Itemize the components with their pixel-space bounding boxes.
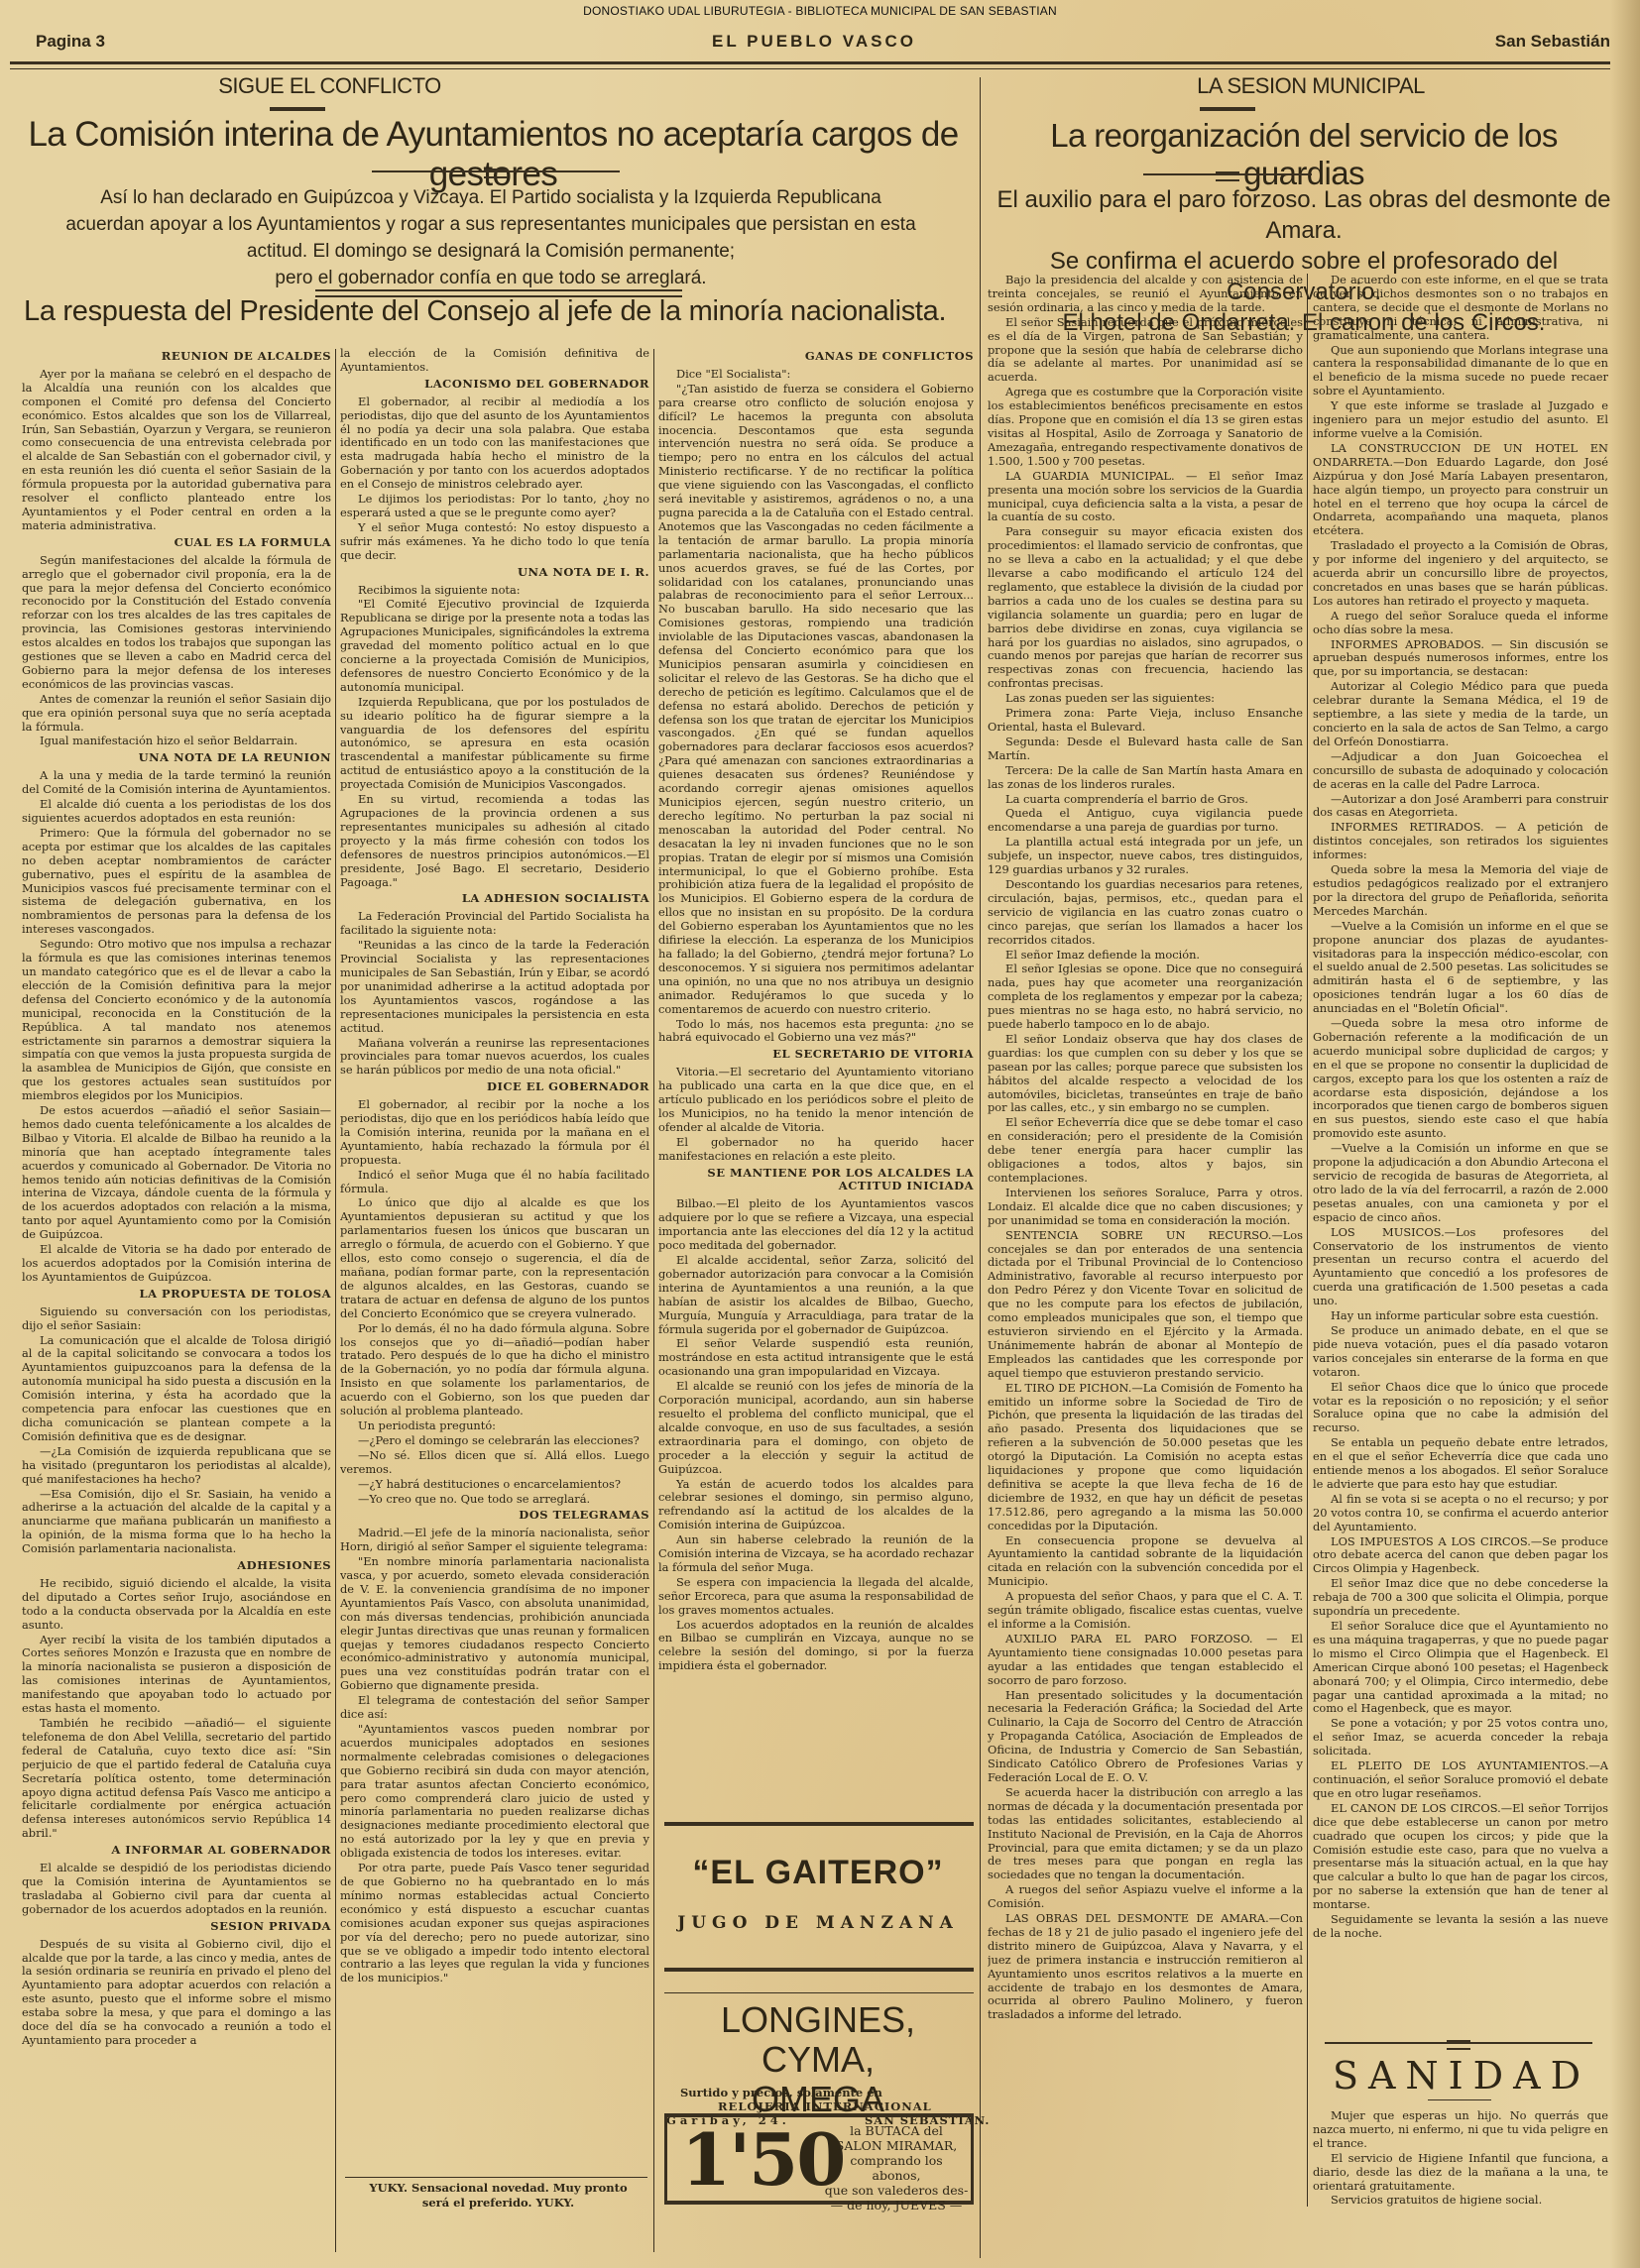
ad-rule xyxy=(664,1822,974,1826)
article-paragraph: El alcalde de Vitoria se ha dado por ent… xyxy=(22,1243,331,1285)
column-rule xyxy=(1307,274,1308,2207)
article-paragraph: Intervienen los señores Soraluce, Parra … xyxy=(988,1187,1303,1228)
article-paragraph: Bajo la presidencia del alcalde y con as… xyxy=(988,274,1303,315)
left-col-1: REUNION DE ALCALDESAyer por la mañana se… xyxy=(22,347,331,2255)
article-paragraph: Vitoria.—El secretario del Ayuntamiento … xyxy=(658,1066,974,1135)
article-paragraph: LA GUARDIA MUNICIPAL. — El señor Imaz pr… xyxy=(988,470,1303,525)
article-paragraph: Los acuerdos adoptados en la reunión de … xyxy=(658,1619,974,1674)
column-subheading: UNA NOTA DE I. R. xyxy=(340,566,649,580)
article-paragraph: En su virtud, recomienda a todas las Agr… xyxy=(340,793,649,889)
article-paragraph: Segunda: Desde el Bulevard hasta calle d… xyxy=(988,736,1303,763)
miramar-ad-box: 1'50 la BUTACA del SALON MIRAMAR, compra… xyxy=(664,2113,974,2205)
article-paragraph: Ayer por la mañana se celebró en el desp… xyxy=(22,368,331,533)
article-paragraph: El señor Chaos dice que lo único que pro… xyxy=(1313,1381,1608,1436)
yuky-rule xyxy=(345,2177,647,2178)
newspaper-name: EL PUEBLO VASCO xyxy=(18,32,1610,52)
column-subheading: DOS TELEGRAMAS xyxy=(340,1509,649,1523)
article-paragraph: —Esa Comisión, dijo el Sr. Sasiain, ha v… xyxy=(22,1488,331,1557)
sanidad-paragraph: Servicios gratuitos de higiene social. xyxy=(1313,2194,1608,2208)
article-paragraph: —No sé. Ellos dicen que sí. Allá ellos. … xyxy=(340,1449,649,1477)
article-paragraph: El señor Iglesias se opone. Dice que no … xyxy=(988,963,1303,1032)
article-paragraph: Y que este informe se traslade al Juzgad… xyxy=(1313,399,1608,441)
article-paragraph: INFORMES RETIRADOS. — A petición de dist… xyxy=(1313,821,1608,862)
article-paragraph: A ruego del señor Soraluce queda el info… xyxy=(1313,610,1608,637)
article-paragraph: El gobernador no ha querido hacer manife… xyxy=(658,1136,974,1164)
article-paragraph: Mañana volverán a reunirse las represent… xyxy=(340,1037,649,1078)
article-paragraph: Se produce un animado debate, en el que … xyxy=(1313,1324,1608,1380)
article-paragraph: Descontando los guardias necesarios para… xyxy=(988,878,1303,948)
article-paragraph: la elección de la Comisión definitiva de… xyxy=(340,347,649,375)
left-col-2: la elección de la Comisión definitiva de… xyxy=(340,347,649,2070)
headline-ornament xyxy=(1143,173,1312,175)
column-subheading: LACONISMO DEL GOBERNADOR xyxy=(340,378,649,392)
article-paragraph: La plantilla actual está integrada por u… xyxy=(988,836,1303,877)
article-paragraph: El gobernador, al recibir por la noche a… xyxy=(340,1098,649,1168)
column-subheading: LA ADHESION SOCIALISTA xyxy=(340,892,649,906)
article-paragraph: Se pone a votación; y por 25 votos contr… xyxy=(1313,1717,1608,1758)
article-paragraph: Queda el Antiguo, cuya vigilancia puede … xyxy=(988,807,1303,835)
article-paragraph: Han presentado solicitudes y la document… xyxy=(988,1689,1303,1785)
article-paragraph: Queda sobre la mesa la Memoria del viaje… xyxy=(1313,863,1608,919)
article-paragraph: Lo único que dijo al alcalde es que los … xyxy=(340,1196,649,1320)
article-paragraph: LAS OBRAS DEL DESMONTE DE AMARA.—Con fec… xyxy=(988,1912,1303,2022)
article-paragraph: El alcalde se reunió con los jefes de mi… xyxy=(658,1380,974,1476)
sanidad-paragraph: Mujer que esperas un hijo. No querrás qu… xyxy=(1313,2109,1608,2151)
article-paragraph: Todo lo más, nos hacemos esta pregunta: … xyxy=(658,1018,974,1046)
article-paragraph: Trasladado el proyecto a la Comisión de … xyxy=(1313,539,1608,609)
article-paragraph: A ruegos del señor Aspiazu vuelve el inf… xyxy=(988,1883,1303,1911)
article-paragraph: Se entabla un pequeño debate entre letra… xyxy=(1313,1436,1608,1492)
article-paragraph: LA CONSTRUCCION DE UN HOTEL EN ONDARRETA… xyxy=(1313,442,1608,538)
article-paragraph: Ya están de acuerdo todos los alcaldes p… xyxy=(658,1478,974,1533)
column-rule xyxy=(335,349,336,2252)
right-headline: La reorganización del servicio de los gu… xyxy=(987,117,1621,192)
longines-ad-text: Surtido y precios, solamente en xyxy=(680,2086,882,2099)
sanidad-body: Mujer que esperas un hijo. No querrás qu… xyxy=(1313,2109,1608,2218)
article-paragraph: Al fin se vota si se acepta o no el recu… xyxy=(1313,1493,1608,1534)
gaitero-ad-subtitle: JUGO DE MANZANA xyxy=(659,1913,977,1933)
article-paragraph: —Autorizar a don José Aramberri para con… xyxy=(1313,793,1608,821)
article-paragraph: —¿La Comisión de izquierda republicana q… xyxy=(22,1445,331,1487)
article-paragraph: LOS IMPUESTOS A LOS CIRCOS.—Se produce o… xyxy=(1313,1535,1608,1577)
left-deck: Así lo han declarado en Guipúzcoa y Vizc… xyxy=(20,184,962,291)
gaitero-ad-title: “EL GAITERO” xyxy=(659,1854,977,1892)
article-paragraph: El señor Sasiain recuerda que el próximo… xyxy=(988,316,1303,386)
article-paragraph: "Ayuntamientos vascos pueden nombrar por… xyxy=(340,1723,649,1861)
miramar-text: la BUTACA del SALON MIRAMAR, comprando l… xyxy=(824,2123,969,2212)
article-paragraph: "El Comité Ejecutivo provincial de Izqui… xyxy=(340,598,649,694)
article-paragraph: EL TIRO DE PICHON.—La Comisión de Foment… xyxy=(988,1382,1303,1533)
article-paragraph: Madrid.—El jefe de la minoría nacionalis… xyxy=(340,1527,649,1554)
article-paragraph: —Vuelve a la Comisión un informe en que … xyxy=(1313,1142,1608,1224)
article-paragraph: De acuerdo con este informe, en el que s… xyxy=(1313,274,1608,343)
article-paragraph: El gobernador, al recibir al mediodía a … xyxy=(340,396,649,492)
column-subheading: ADHESIONES xyxy=(22,1559,331,1573)
column-subheading: LA PROPUESTA DE TOLOSA xyxy=(22,1288,331,1302)
deck-line: Así lo han declarado en Guipúzcoa y Vizc… xyxy=(20,184,962,211)
ad-rule xyxy=(664,1992,974,1993)
right-col-1: Bajo la presidencia del alcalde y con as… xyxy=(988,274,1303,2207)
article-paragraph: Antes de comenzar la reunión el señor Sa… xyxy=(22,693,331,735)
article-paragraph: El señor Soraluce dice que el Ayuntamien… xyxy=(1313,1620,1608,1716)
column-subheading: SESION PRIVADA xyxy=(22,1920,331,1934)
sanidad-ornament-small xyxy=(1428,2099,1491,2100)
column-subheading: SE MANTIENE POR LOS ALCALDES LA ACTITUD … xyxy=(658,1167,974,1194)
article-paragraph: Agrega que es costumbre que la Corporaci… xyxy=(988,386,1303,468)
column-rule xyxy=(653,349,654,2252)
article-paragraph: A la una y media de la tarde terminó la … xyxy=(22,769,331,797)
article-paragraph: EL PLEITO DE LOS AYUNTAMIENTOS.—A contin… xyxy=(1313,1759,1608,1801)
column-subheading: A INFORMAR AL GOBERNADOR xyxy=(22,1844,331,1858)
article-paragraph: El señor Imaz dice que no debe conceders… xyxy=(1313,1577,1608,1619)
article-paragraph: Primero: Que la fórmula del gobernador n… xyxy=(22,827,331,937)
miramar-line: — de hoy, JUEVES — xyxy=(824,2198,969,2212)
article-divider xyxy=(980,77,981,2258)
article-paragraph: Indicó el señor Muga que él no había fac… xyxy=(340,1169,649,1196)
article-paragraph: "En nombre minoría parlamentaria naciona… xyxy=(340,1555,649,1693)
article-paragraph: He recibido, siguió diciendo el alcalde,… xyxy=(22,1577,331,1633)
article-paragraph: Aun sin haberse celebrado la reunión de … xyxy=(658,1533,974,1575)
article-paragraph: —Vuelve a la Comisión un informe en el q… xyxy=(1313,920,1608,1016)
article-paragraph: A propuesta del señor Chaos, y para que … xyxy=(988,1590,1303,1632)
article-paragraph: Por lo demás, él no ha dado fórmula algu… xyxy=(340,1322,649,1418)
sanidad-paragraph: El servicio de Higiene Infantil que func… xyxy=(1313,2152,1608,2194)
article-paragraph: Según manifestaciones del alcalde la fór… xyxy=(22,554,331,692)
article-paragraph: EL CANON DE LOS CIRCOS.—El señor Torrijo… xyxy=(1313,1802,1608,1912)
article-paragraph: Segundo: Otro motivo que nos impulsa a r… xyxy=(22,938,331,1103)
left-section-title: SIGUE EL CONFLICTO xyxy=(0,73,659,99)
ad-rule xyxy=(664,1968,974,1972)
article-paragraph: Y el señor Muga contestó: No estoy dispu… xyxy=(340,521,649,563)
article-paragraph: —¿Y habrá destituciones o encarcelamient… xyxy=(340,1478,649,1492)
article-paragraph: Autorizar al Colegio Médico para que pue… xyxy=(1313,680,1608,749)
deck-line: acuerdan apoyar a los Ayuntamientos y ro… xyxy=(20,211,962,238)
article-paragraph: Después de su visita al Gobierno civil, … xyxy=(22,1938,331,2048)
article-paragraph: Bilbao.—El pleito de los Ayuntamientos v… xyxy=(658,1197,974,1253)
miramar-price: 1'50 xyxy=(681,2117,844,2202)
article-paragraph: Las zonas pueden ser las siguientes: xyxy=(988,692,1303,706)
article-paragraph: El señor Velarde suspendió esta reunión,… xyxy=(658,1337,974,1379)
article-paragraph: "¿Tan asistido de fuerza se considera el… xyxy=(658,383,974,1017)
article-paragraph: El telegrama de contestación del señor S… xyxy=(340,1694,649,1722)
article-paragraph: Por otra parte, puede País Vasco tener s… xyxy=(340,1862,649,1985)
left-headline: La Comisión interina de Ayuntamientos no… xyxy=(10,115,977,194)
section-rule xyxy=(1200,107,1255,111)
article-paragraph: Que aun suponiendo que Morlans integrase… xyxy=(1313,344,1608,399)
article-paragraph: El alcalde dió cuenta a los periodistas … xyxy=(22,798,331,826)
article-paragraph: Le dijimos los periodistas: Por lo tanto… xyxy=(340,493,649,520)
article-paragraph: —Queda sobre la mesa otro informe de Gob… xyxy=(1313,1017,1608,1141)
article-paragraph: Recibimos la siguiente nota: xyxy=(340,584,649,598)
article-paragraph: De estos acuerdos —añadió el señor Sasia… xyxy=(22,1104,331,1242)
left-col-3: GANAS DE CONFLICTOSDice "El Socialista":… xyxy=(658,347,974,1809)
miramar-line: que son valederos des- xyxy=(824,2183,969,2198)
article-paragraph: Seguidamente se levanta la sesión a las … xyxy=(1313,1913,1608,1941)
column-subheading: UNA NOTA DE LA REUNION xyxy=(22,751,331,765)
article-paragraph: Se espera con impaciencia la llegada del… xyxy=(658,1576,974,1618)
miramar-line: la BUTACA del xyxy=(824,2123,969,2138)
miramar-line: comprando los abonos, xyxy=(824,2153,969,2183)
archive-credit: DONOSTIAKO UDAL LIBURUTEGIA - BIBLIOTECA… xyxy=(0,4,1640,18)
page-edge-shadow xyxy=(1610,0,1640,2268)
column-subheading: GANAS DE CONFLICTOS xyxy=(658,350,974,364)
article-paragraph: Izquierda Republicana, que por los postu… xyxy=(340,696,649,792)
column-subheading: EL SECRETARIO DE VITORIA xyxy=(658,1048,974,1062)
masthead-rule xyxy=(10,61,1610,69)
city-name: San Sebastián xyxy=(1495,32,1610,52)
right-col-2: De acuerdo con este informe, en el que s… xyxy=(1313,274,1608,2023)
left-subhead: La respuesta del Presidente del Consejo … xyxy=(24,295,976,328)
deck-line: pero el gobernador confía en que todo se… xyxy=(20,265,962,291)
article-paragraph: Un periodista preguntó: xyxy=(340,1419,649,1433)
headline-ornament xyxy=(372,170,620,172)
article-paragraph: LOS MUSICOS.—Los profesores del Conserva… xyxy=(1313,1226,1608,1308)
article-paragraph: La Federación Provincial del Partido Soc… xyxy=(340,910,649,938)
article-paragraph: INFORMES APROBADOS. — Sin discusión se a… xyxy=(1313,638,1608,680)
article-paragraph: Igual manifestación hizo el señor Beldar… xyxy=(22,735,331,748)
article-paragraph: Dice "El Socialista": xyxy=(658,368,974,382)
article-paragraph: El alcalde se despidió de los periodista… xyxy=(22,1862,331,1917)
article-paragraph: El señor Imaz defiende la moción. xyxy=(988,949,1303,963)
article-paragraph: El alcalde accidental, señor Zarza, soli… xyxy=(658,1254,974,1336)
right-section-title: LA SESION MUNICIPAL xyxy=(982,73,1640,99)
column-subheading: REUNION DE ALCALDES xyxy=(22,350,331,364)
article-paragraph: También he recibido —añadió— el siguient… xyxy=(22,1717,331,1841)
deck-line: actitud. El domingo se designará la Comi… xyxy=(20,238,962,265)
article-paragraph: El señor Echeverría dice que se debe tom… xyxy=(988,1116,1303,1186)
article-paragraph: La comunicación que el alcalde de Tolosa… xyxy=(22,1334,331,1444)
article-paragraph: SENTENCIA SOBRE UN RECURSO.—Los concejal… xyxy=(988,1229,1303,1381)
article-paragraph: La cuarta comprendería el barrio de Gros… xyxy=(988,793,1303,807)
column-subheading: CUAL ES LA FORMULA xyxy=(22,536,331,550)
article-paragraph: "Reunidas a las cinco de la tarde la Fed… xyxy=(340,939,649,1035)
masthead: Pagina 3 EL PUEBLO VASCO San Sebastián xyxy=(18,32,1610,56)
article-paragraph: En consecuencia propone se devuelva al A… xyxy=(988,1534,1303,1590)
article-paragraph: —Yo creo que no. Que todo se arreglará. xyxy=(340,1493,649,1507)
article-paragraph: Tercera: De la calle de San Martín hasta… xyxy=(988,764,1303,792)
article-paragraph: —¿Pero el domingo se celebrarán las elec… xyxy=(340,1434,649,1448)
article-paragraph: Ayer recibí la visita de los también dip… xyxy=(22,1634,331,1716)
article-paragraph: Siguiendo su conversación con los period… xyxy=(22,1305,331,1333)
article-paragraph: Primera zona: Parte Vieja, incluso Ensan… xyxy=(988,707,1303,735)
column-subheading: DICE EL GOBERNADOR xyxy=(340,1080,649,1094)
article-paragraph: AUXILIO PARA EL PARO FORZOSO. — El Ayunt… xyxy=(988,1633,1303,1688)
article-paragraph: Se acuerda hacer la distribución con arr… xyxy=(988,1786,1303,1882)
yuky-ad: YUKY. Sensacional novedad. Muy pronto se… xyxy=(357,2181,640,2211)
article-paragraph: Para conseguir su mayor eficacia existen… xyxy=(988,525,1303,691)
miramar-line: SALON MIRAMAR, xyxy=(824,2138,969,2153)
longines-line: LONGINES, CYMA, xyxy=(659,2000,977,2080)
article-paragraph: Hay un informe particular sobre esta cue… xyxy=(1313,1309,1608,1323)
deck-line: El auxilio para el paro forzoso. Las obr… xyxy=(987,184,1621,246)
section-rule xyxy=(270,107,325,111)
article-paragraph: —Adjudicar a don Juan Goicoechea el conc… xyxy=(1313,750,1608,792)
sanidad-ornament xyxy=(1325,2042,1592,2044)
sanidad-title: SANIDAD xyxy=(1313,2054,1610,2098)
article-paragraph: El señor Londaiz observa que hay dos cla… xyxy=(988,1033,1303,1115)
longines-ad-shop: RELOJERIA INTERNACIONAL xyxy=(718,2099,932,2113)
